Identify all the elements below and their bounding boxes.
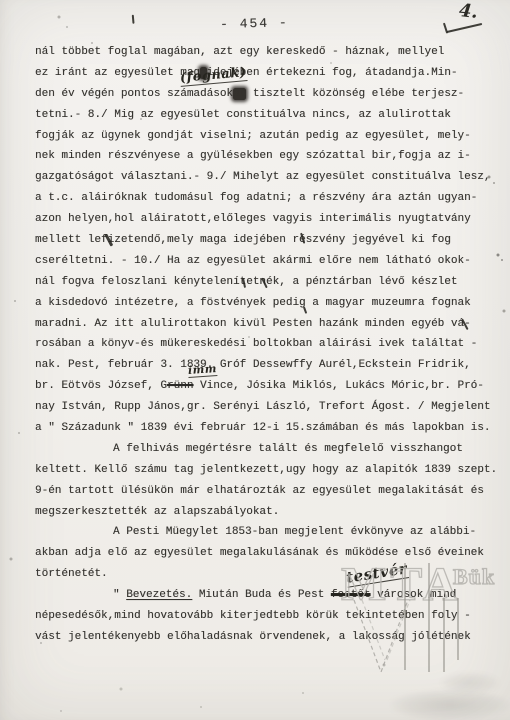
text-line: nay István, Rupp János,gr. Serényi Lászl…	[35, 397, 507, 418]
text-line: nál többet foglal magában, azt egy keres…	[35, 42, 507, 63]
text-line: tetni.- 8./ Mig az egyesület constituálv…	[35, 105, 507, 126]
typewritten-text-block: nál többet foglal magában, azt egy keres…	[35, 42, 507, 648]
text-line: maradni. Az itt alulirottakon kivül Pest…	[35, 314, 507, 335]
text-segment: maradni. Az itt alulirottakon kivül Pest…	[35, 318, 471, 330]
text-line: nek minden részvényese a gyülésekben egy…	[35, 146, 507, 167]
text-line: megszerkesztették az alapszabályokat.	[35, 502, 507, 523]
text-segment: A Pesti Müegylet 1853-ban megjelent évkö…	[113, 526, 476, 538]
text-segment: Vince, Jósika Miklós, Lukács Móric,br. P…	[193, 380, 483, 392]
pen-stroke	[447, 23, 482, 33]
text-line: A Pesti Müegylet 1853-ban megjelent évkö…	[35, 522, 507, 543]
text-segment: nál fogva feloszlani kénytelenítetnék, a…	[35, 276, 457, 288]
text-line: keltett. Kellő számu tag jelentkezett,ug…	[35, 460, 507, 481]
text-segment: den év végén pontos számadások	[35, 88, 233, 100]
text-segment: A felhivás megértésre talált és megfelel…	[113, 443, 463, 455]
text-segment: 9-én tartott ülésükön már elhatározták a…	[35, 485, 484, 497]
text-segment: a kisdedovó intézetre, a föstvények pedi…	[35, 297, 471, 309]
text-line: nál fogva feloszlani kénytelenítetnék, a…	[35, 272, 507, 293]
text-line: cseréltetni. - 10./ Ha az egyesület akár…	[35, 251, 507, 272]
text-segment: tisztelt közönség elébe terjesz-	[246, 88, 464, 100]
text-segment: népesedésők,mind hovatovább kiterjedtebb…	[35, 610, 471, 622]
text-segment: akban adja elő az egyesület megalakulásá…	[35, 547, 484, 559]
text-segment: fogják az ügynek gondját viselni; azután…	[35, 130, 471, 142]
text-segment: történetét.	[35, 568, 108, 580]
text-line: népesedésők,mind hovatovább kiterjedtebb…	[35, 606, 507, 627]
text-line: den év végén pontos számadásokat tisztel…	[35, 84, 507, 105]
text-line: történetét.	[35, 564, 507, 585]
text-segment: nál többet foglal magában, azt egy keres…	[35, 46, 444, 58]
pen-stroke	[132, 15, 134, 24]
text-line: a " Századunk " 1839 évi február 12-i 15…	[35, 418, 507, 439]
text-line: rosában a könyv-és mükereskedési boltokb…	[35, 334, 507, 355]
text-line: akban adja elő az egyesület megalakulásá…	[35, 543, 507, 564]
text-segment: keltett. Kellő számu tag jelentkezett,ug…	[35, 464, 497, 476]
text-segment: tetni.- 8./ Mig az egyesület constituálv…	[35, 109, 451, 121]
text-segment: br. Eötvös József, G	[35, 380, 167, 392]
pen-stroke	[443, 23, 448, 34]
text-segment: idejében értekezni fog, átadandja.Min-	[207, 67, 458, 79]
text-segment: "	[113, 589, 126, 601]
text-segment: mellett lefizetendő,mely maga idejében r…	[35, 234, 451, 246]
text-segment: ez iránt az egyesület mag	[35, 67, 200, 79]
text-segment: Miután Buda és Pest	[192, 589, 331, 601]
text-line: 9-én tartott ülésükön már elhatározták a…	[35, 481, 507, 502]
text-line: azon helyen,hol aláiratott,előleges vagy…	[35, 209, 507, 230]
text-line: mellett lefizetendő,mely maga idejében r…	[35, 230, 507, 251]
text-segment: vást jelentékenyebb előhaladásnak örvend…	[35, 631, 471, 643]
text-segment: nak. Pest, február 3. 1839. Gróf Dessewf…	[35, 359, 471, 371]
text-line: br. Eötvös József, Grünn Vince, Jósika M…	[35, 376, 507, 397]
text-line: vást jelentékenyebb előhaladásnak örvend…	[35, 627, 507, 648]
text-line: a kisdedovó intézetre, a föstvények pedi…	[35, 293, 507, 314]
text-line: a t.c. aláiróknak tudomásul fog adatni; …	[35, 188, 507, 209]
scanned-document-page: - 454 - 4. nál többet foglal magában, az…	[0, 0, 510, 720]
text-segment: gazgatóságot választani.- 9./ Mihelyt az…	[35, 171, 490, 183]
text-line: fogják az ügynek gondját viselni; azután…	[35, 126, 507, 147]
text-segment: városok mind	[370, 589, 456, 601]
text-segment-strike: rünn	[167, 380, 193, 392]
text-segment: cseréltetni. - 10./ Ha az egyesület akár…	[35, 255, 471, 267]
text-line: " Bevezetés. Miután Buda és Pest festőt …	[35, 585, 507, 606]
text-line: ez iránt az egyesület magaidejében értek…	[35, 63, 507, 84]
text-segment-underline: Bevezetés.	[126, 589, 192, 601]
text-segment-blot: a	[200, 67, 207, 79]
corner-page-annotation: 4.	[458, 0, 479, 23]
text-segment: nek minden részvényese a gyülésekben egy…	[35, 150, 471, 162]
text-segment: megszerkesztették az alapszabályokat.	[35, 506, 279, 518]
text-line: nak. Pest, február 3. 1839. Gróf Dessewf…	[35, 355, 507, 376]
showthrough-blotch-small	[440, 672, 500, 694]
text-segment: azon helyen,hol aláiratott,előleges vagy…	[35, 213, 471, 225]
text-segment: a " Századunk " 1839 évi február 12-i 15…	[35, 422, 490, 434]
text-line: gazgatóságot választani.- 9./ Mihelyt az…	[35, 167, 507, 188]
text-line: A felhivás megértésre talált és megfelel…	[35, 439, 507, 460]
text-segment-strike-heavy: festőt	[331, 589, 371, 601]
showthrough-blotch-bottom-right	[390, 690, 510, 720]
text-segment: nay István, Rupp János,gr. Serényi Lászl…	[35, 401, 490, 413]
text-segment: rosában a könyv-és mükereskedési boltokb…	[35, 338, 477, 350]
text-segment: a t.c. aláiróknak tudomásul fog adatni; …	[35, 192, 477, 204]
paper-noise-speckles	[0, 0, 2, 2]
page-number-header: - 454 -	[220, 15, 289, 32]
text-segment-blot: at	[233, 88, 246, 100]
